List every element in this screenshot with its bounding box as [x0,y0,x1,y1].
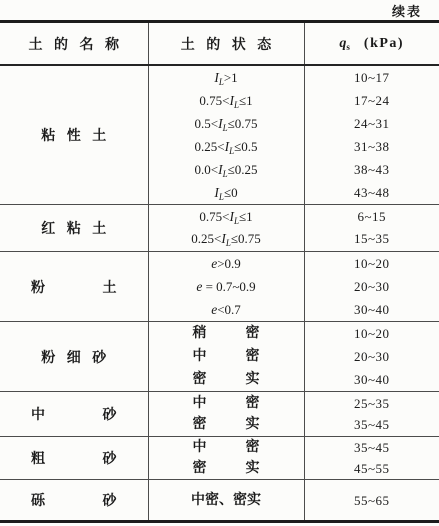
soil-state-line: 0.0<IL≤0.25 [149,158,304,181]
soil-group-row: 粉 细 砂稍 密中 密密 实10~2020~3030~40 [0,322,439,392]
qs-value-line: 35~45 [305,414,439,435]
soil-state-line: 中密、密实 [149,489,304,512]
soil-state-cell: IL>10.75<IL≤10.5<IL≤0.750.25<IL≤0.50.0<I… [148,65,304,205]
soil-name-cell: 粉 土 [0,252,148,322]
qs-value-line: 20~30 [305,275,439,298]
soil-name-cell: 粉 细 砂 [0,322,148,392]
qs-value-line: 6~15 [305,206,439,228]
qs-value-line: 43~48 [305,181,439,204]
soil-state-line: 密 实 [149,368,304,391]
soil-state-line: 密 实 [149,458,304,479]
column-header-soil-state: 土 的 状 态 [148,22,304,66]
soil-state-line: 0.5<IL≤0.75 [149,112,304,135]
continued-table-label: 续表 [392,1,422,20]
qs-value-line: 35~45 [305,437,439,458]
table-body: 粘 性 土IL>10.75<IL≤10.5<IL≤0.750.25<IL≤0.5… [0,65,439,522]
soil-resistance-table: 土 的 名 称 土 的 状 态 qs(kPa) 粘 性 土IL>10.75<IL… [0,20,439,523]
soil-group-row: 红 粘 土0.75<IL≤10.25<IL≤0.756~1515~35 [0,205,439,252]
soil-state-line: 稍 密 [149,322,304,345]
qs-value-cell: 10~2020~3030~40 [304,322,439,392]
table-header: 土 的 名 称 土 的 状 态 qs(kPa) [0,22,439,66]
soil-group-row: 中 砂中 密密 实25~3535~45 [0,392,439,437]
soil-state-line: 0.25<IL≤0.75 [149,228,304,250]
soil-name-cell: 砾 砂 [0,480,148,522]
soil-name-cell: 中 砂 [0,392,148,437]
qs-value-line: 38~43 [305,158,439,181]
soil-state-line: e = 0.7~0.9 [149,275,304,298]
qs-value-line: 55~65 [305,489,439,512]
soil-group-row: 粘 性 土IL>10.75<IL≤10.5<IL≤0.750.25<IL≤0.5… [0,65,439,205]
qs-unit-label: (kPa) [364,36,404,51]
qs-value-line: 10~20 [305,322,439,345]
soil-group-row: 砾 砂中密、密实55~65 [0,480,439,522]
soil-state-line: IL>1 [149,66,304,89]
column-header-qs: qs(kPa) [304,22,439,66]
qs-value-line: 30~40 [305,298,439,321]
qs-value-line: 10~17 [305,66,439,89]
qs-value-line: 45~55 [305,458,439,479]
page-root: { "page": { "continued_label": "续表" }, "… [0,0,439,526]
qs-value-cell: 55~65 [304,480,439,522]
soil-state-line: 0.75<IL≤1 [149,89,304,112]
qs-value-cell: 10~1717~2424~3131~3838~4343~48 [304,65,439,205]
soil-state-cell: e>0.9e = 0.7~0.9e<0.7 [148,252,304,322]
qs-value-line: 25~35 [305,393,439,414]
qs-value-line: 10~20 [305,252,439,275]
soil-state-line: 中 密 [149,437,304,458]
column-header-soil-name: 土 的 名 称 [0,22,148,66]
soil-name-cell: 粘 性 土 [0,65,148,205]
qs-value-line: 15~35 [305,228,439,250]
soil-state-cell: 中 密密 实 [148,437,304,480]
soil-state-cell: 中密、密实 [148,480,304,522]
qs-value-line: 17~24 [305,89,439,112]
soil-state-cell: 0.75<IL≤10.25<IL≤0.75 [148,205,304,252]
qs-value-cell: 6~1515~35 [304,205,439,252]
soil-state-cell: 中 密密 实 [148,392,304,437]
soil-state-line: 中 密 [149,345,304,368]
qs-value-line: 20~30 [305,345,439,368]
qs-value-line: 31~38 [305,135,439,158]
soil-state-line: e<0.7 [149,298,304,321]
qs-value-cell: 25~3535~45 [304,392,439,437]
header-row: 土 的 名 称 土 的 状 态 qs(kPa) [0,22,439,66]
qs-value-line: 30~40 [305,368,439,391]
soil-name-cell: 红 粘 土 [0,205,148,252]
soil-state-line: IL≤0 [149,181,304,204]
qs-value-cell: 35~4545~55 [304,437,439,480]
soil-name-cell: 粗 砂 [0,437,148,480]
soil-group-row: 粗 砂中 密密 实35~4545~55 [0,437,439,480]
soil-group-row: 粉 土e>0.9e = 0.7~0.9e<0.710~2020~3030~40 [0,252,439,322]
soil-state-line: 0.75<IL≤1 [149,206,304,228]
soil-state-line: e>0.9 [149,252,304,275]
soil-state-line: 中 密 [149,393,304,414]
qs-subscript: s [346,42,350,52]
qs-value-line: 24~31 [305,112,439,135]
soil-state-line: 0.25<IL≤0.5 [149,135,304,158]
soil-state-cell: 稍 密中 密密 实 [148,322,304,392]
qs-value-cell: 10~2020~3030~40 [304,252,439,322]
soil-state-line: 密 实 [149,414,304,435]
